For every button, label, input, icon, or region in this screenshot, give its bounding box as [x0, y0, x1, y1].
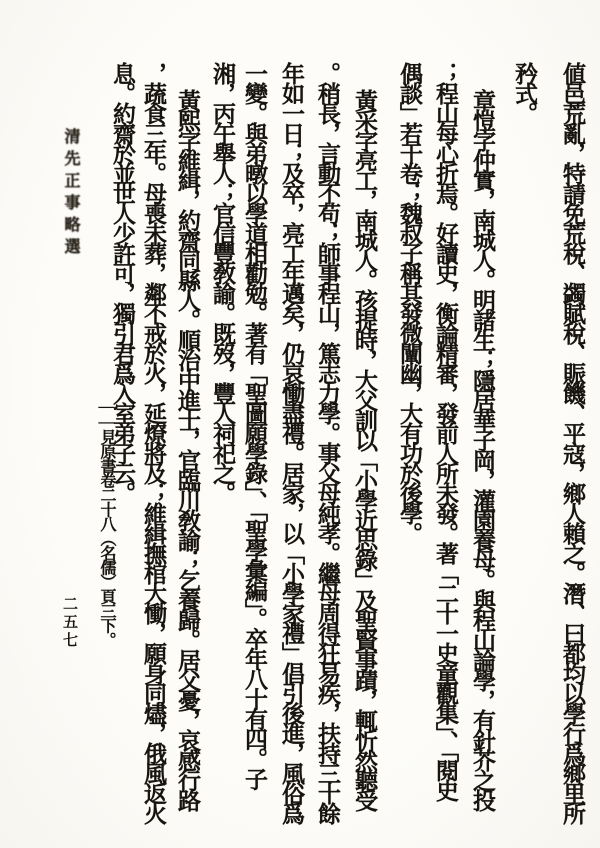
text-column-9: 一變。與弟暾以學道相勸勉。著有「聖圖願學錄」、「聖學彙編」。卒年八十有四。子 — [239, 62, 269, 788]
text-column-6: 黃采字亮工，南城人。孩提時，大父訓以「小學近思錄」及聖賢事蹟，輒忻然聽受 — [349, 89, 379, 809]
text-column-12: ，蔬食三年。母喪未葬，鄰不戒於火，延燎將及；維緝撫棺大慟，願身同燼，俄風返火 — [138, 62, 168, 822]
text-column-7: 。稍長，言動不苟；師事程山，篤志力學。事父母純孝。繼母周得狂易疾，扶持三十餘 — [312, 62, 342, 822]
text-column-8: 年如一日；及卒，亮工年邁矣，仍哀慟盡禮。居家，以「小學家禮」倡引後進，風俗爲 — [276, 62, 306, 822]
text-column-3: 章愷字仲實，南城人。明諸生；隱居華子岡，灌園養母。與程山論學，有針芥之投 — [467, 89, 497, 809]
running-title: 清先正事略選 — [58, 128, 82, 260]
text-column-11: 黃熙字維緝，約齋同縣人。順治中進士，官臨川敎諭；乞養歸。居父憂，哀感行路 — [172, 89, 202, 809]
text-column-5: 偶談」若干卷；魏叔子稱其發微闡幽，大有功於後學。 — [394, 62, 424, 542]
text-column-10: 湘，丙午舉人；官信豐敎諭。既歿，豐人祠祀之。 — [207, 62, 237, 502]
citation: ——見原書卷二十八（名儒）頁三下。 — [96, 398, 116, 647]
text-column-1: 値邑荒亂，特請免荒稅、蠲賦稅、賑饑、平寇，鄉人賴之。潛、曰都均以學行爲鄉里所 — [557, 62, 587, 822]
text-column-2: 矜式。 — [509, 62, 539, 122]
page-number: 二五七 — [60, 596, 78, 650]
book-page: 清先正事略選 値邑荒亂，特請免荒稅、蠲賦稅、賑饑、平寇，鄉人賴之。潛、曰都均以學… — [0, 0, 600, 848]
text-column-4: ；程山每心折焉。好讀史，衡論精審，發前人所未發。著「二十一史童觀集」、「閱史 — [430, 62, 460, 799]
